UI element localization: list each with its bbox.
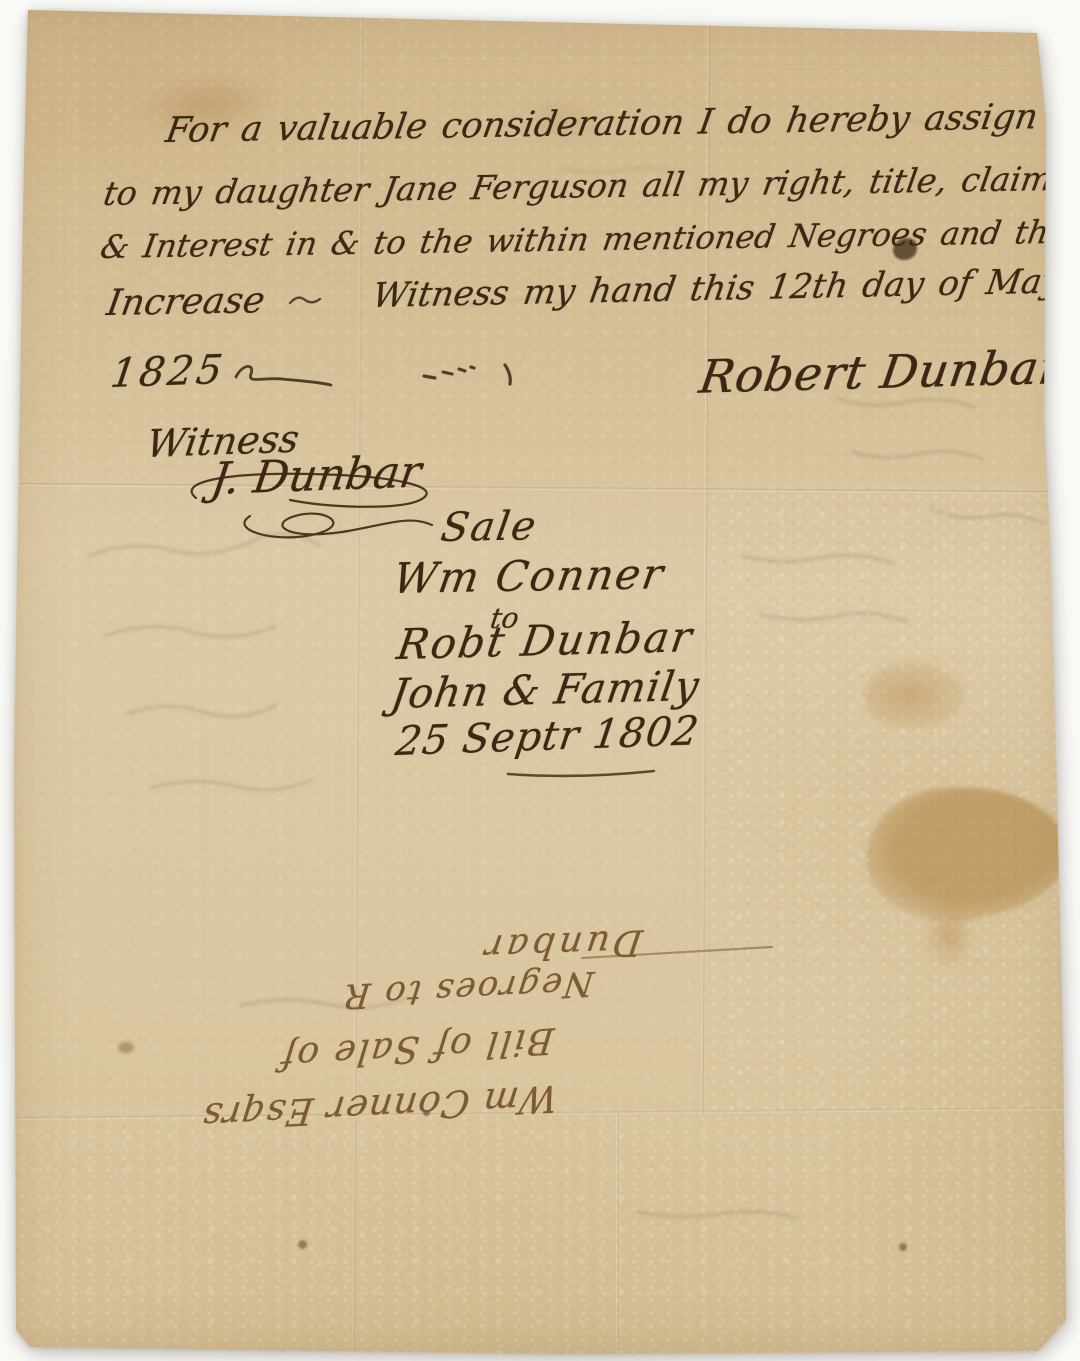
fox-spot-bottom-center — [298, 1240, 307, 1249]
docket-date-underline — [508, 771, 654, 776]
sale-docket-date: 25 Septr 1802 — [393, 709, 702, 764]
fold-crease-vertical-bottom — [616, 1112, 619, 1355]
assignment-line-3: & Interest in & to the within mentioned … — [98, 214, 1080, 265]
reversed-docket-line-4: Wm Conner Esqrs — [200, 1077, 560, 1137]
fold-crease-vertical-farleft-faint — [202, 500, 204, 1350]
photo-of-document: For a valuable consideration I do hereby… — [0, 0, 1080, 1361]
assignment-line-1: For a valuable consideration I do hereby… — [163, 98, 1041, 150]
stain-right-blob-tail — [926, 906, 972, 966]
fox-spot-right-lower — [899, 1243, 907, 1251]
paper-shadow-wrap: For a valuable consideration I do hereby… — [0, 0, 1080, 1361]
stain-right-upper-blob — [864, 662, 964, 728]
fold-crease-horizontal-top — [30, 58, 1035, 69]
squiggle-after-increase — [290, 298, 320, 303]
assignment-line-4-increase: Increase — [104, 281, 268, 323]
fold-crease-horizontal-middle — [20, 483, 1060, 494]
sale-docket-title: Sale — [438, 504, 541, 550]
assignment-year: 1825 — [108, 348, 228, 396]
reversed-docket-line-3: Bill of Sale of — [278, 1020, 556, 1077]
assignment-line-4-witness-hand: Witness my hand this 12th day of May — [370, 263, 1064, 315]
assignment-line-2: to my daughter Jane Ferguson all my righ… — [101, 161, 1055, 212]
paper-texture-right — [706, 490, 1062, 1115]
flourish-after-1825 — [236, 366, 331, 385]
fold-crease-vertical-right-faint — [874, 555, 876, 1115]
ink-dashes-center — [424, 365, 510, 384]
fox-spot-bottom-left — [118, 1042, 134, 1053]
signature-robert-dunbar: Robert Dunbar — [696, 342, 1066, 402]
sale-docket-buyer: Robt Dunbar — [394, 614, 697, 668]
stain-right-large-blob — [860, 776, 1075, 930]
witness-signature: J. Dunbar — [208, 448, 424, 504]
document-paper: For a valuable consideration I do hereby… — [0, 0, 1080, 1361]
paper-texture-bottom — [14, 1112, 1064, 1357]
reversed-docket-line-2: Negroes to R — [340, 963, 596, 1014]
sale-docket-seller: Wm Conner — [390, 551, 668, 602]
reversed-docket-line-1: Dunbar — [479, 922, 645, 967]
